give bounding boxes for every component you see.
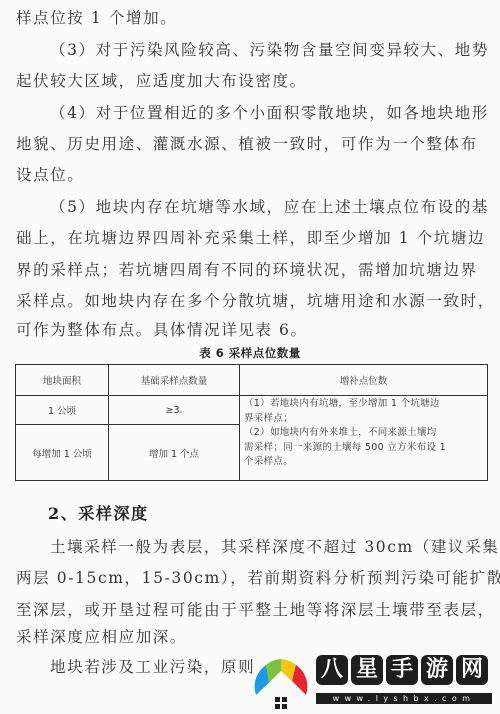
text-line: 采样深度应相应加深。 xyxy=(16,627,486,647)
text-line: 地貌、历史用途、灌溉水源、植被一致时，可作为一个整体布 xyxy=(16,134,486,154)
header-area: 地块面积 xyxy=(16,365,109,396)
house-logo-icon xyxy=(252,653,310,711)
watermark-url: www.lyshbx.com xyxy=(316,693,492,704)
text-line: 界的采样点；若坑塘四周有不同的环境状况，需增加坑塘边界 xyxy=(16,260,486,280)
text-line: 设点位。 xyxy=(16,165,486,185)
header-extra: 增补点位数 xyxy=(240,365,488,396)
text-line: （5）地块内存在坑塘等水域，应在上述土壤点位布设的基 xyxy=(50,197,500,217)
watermark-title: 八 星 手 游 网 xyxy=(316,655,488,685)
text-line: 土壤采样一般为表层，其采样深度不超过 30cm（建议采集 xyxy=(50,537,500,557)
table-row: 1 公顷 ≥3. （1）若地块内有坑塘，至少增加 1 个坑塘边 界采样点； （2… xyxy=(16,396,488,425)
table-header-row: 地块面积 基础采样点数量 增补点位数 xyxy=(16,365,488,396)
text-line: （3）对于污染风险较高、污染物含量空间变异较大、地势 xyxy=(50,40,500,60)
cell-base: 增加 1 个点 xyxy=(109,425,240,481)
cell-base: ≥3. xyxy=(109,396,240,425)
note-line: 需采样；同一来源的土壤每 500 立方米布设 1 xyxy=(244,441,483,456)
header-base: 基础采样点数量 xyxy=(109,365,240,396)
note-line: （2）如地块内有外来堆土，不同来源土壤均 xyxy=(244,426,483,441)
text-line: （4）对于位置相近的多个小面积零散地块，如各地块地形 xyxy=(50,103,500,123)
text-line: 采样点。如地块内存在多个分散坑塘，坑塘用途和水源一致时， xyxy=(16,291,486,311)
text-line: 础上，在坑塘边界四周补充采集土样，即至少增加 1 个坑塘边 xyxy=(16,228,486,248)
text-line: 起伏较大区域，应适度加大布设密度。 xyxy=(16,71,486,91)
watermark-char: 八 xyxy=(316,655,348,685)
watermark-char: 游 xyxy=(421,655,453,685)
watermark-char: 手 xyxy=(386,655,418,685)
watermark: 八 星 手 游 网 www.lyshbx.com xyxy=(252,653,498,711)
text-line: 可作为整体布点。具体情况详见表 6。 xyxy=(16,320,486,340)
text-line: 两层 0-15cm，15-30cm），若前期资料分析预判污染可能扩散 xyxy=(16,568,486,588)
note-line: 个采样点。 xyxy=(244,455,483,470)
text-line: 样点位按 1 个增加。 xyxy=(16,8,486,28)
watermark-char: 网 xyxy=(456,655,488,685)
sampling-points-table: 地块面积 基础采样点数量 增补点位数 1 公顷 ≥3. （1）若地块内有坑塘，至… xyxy=(15,364,488,481)
text-line: 至深层，或开垦过程可能由于平整土地等将深层土壤带至表层， xyxy=(16,600,486,620)
cell-area: 每增加 1 公顷 xyxy=(16,425,109,481)
cell-area: 1 公顷 xyxy=(16,396,109,425)
note-line: （1）若地块内有坑塘，至少增加 1 个坑塘边 xyxy=(244,397,483,412)
table-caption: 表 6 采样点位数量 xyxy=(0,345,500,361)
watermark-char: 星 xyxy=(351,655,383,685)
section-heading: 2、采样深度 xyxy=(48,504,500,524)
note-line: 界采样点； xyxy=(244,412,483,427)
cell-extra: （1）若地块内有坑塘，至少增加 1 个坑塘边 界采样点； （2）如地块内有外来堆… xyxy=(240,396,488,481)
